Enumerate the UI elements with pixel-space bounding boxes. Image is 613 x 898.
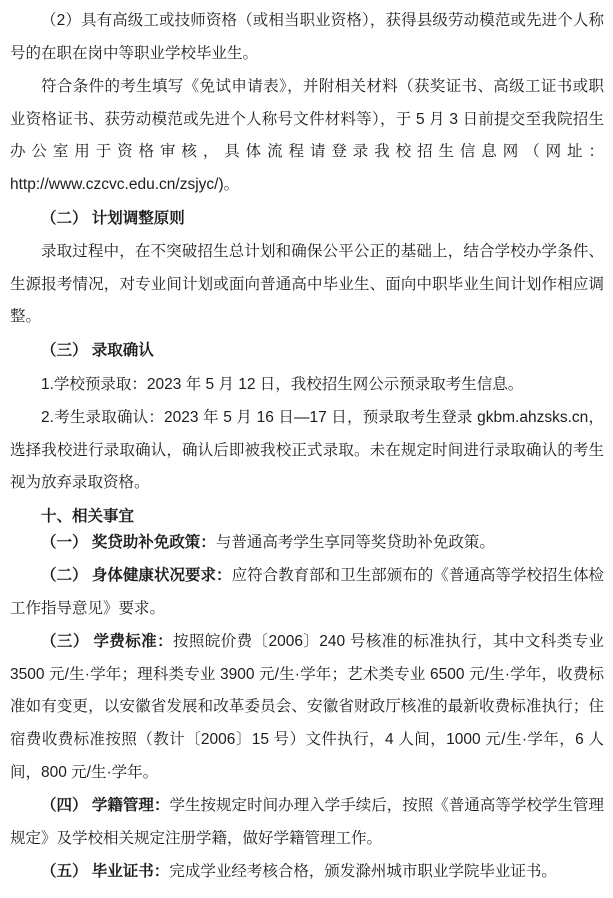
bold-run-text: （一） 奖贷助补免政策：: [41, 534, 216, 551]
run-text: 与普通高考学生享同等奖贷助补免政策。: [216, 534, 495, 551]
bold-run-text: （五） 毕业证书：: [41, 863, 169, 880]
paragraph: （一） 奖贷助补免政策：与普通高考学生享同等奖贷助补免政策。: [10, 527, 604, 560]
bold-run-text: （二） 身体健康状况要求：: [41, 567, 232, 584]
url-text: gkbm.ahzsks.cn: [477, 409, 588, 426]
paragraph: 2.考生录取确认：2023 年 5 月 16 日—17 日，预录取考生登录 gk…: [10, 402, 604, 500]
paragraph: 符合条件的考生填写《免试申请表》，并附相关材料（获奖证书、高级工证书或职业资格证…: [10, 71, 604, 201]
bold-run-text: （三） 录取确认: [41, 342, 154, 359]
run-text: 1.学校预录取：2023 年 5 月 12 日，我校招生网公示预录取考生信息。: [41, 376, 523, 393]
run-text: 录取过程中，在不突破招生总计划和确保公平公正的基础上，结合学校办学条件、生源报考…: [10, 243, 604, 325]
bold-run-text: （二） 计划调整原则: [41, 210, 185, 227]
run-text: 按照皖价费〔2006〕240 号核准的标准执行，其中文科类专业 3500 元/生…: [10, 633, 604, 780]
run-text: （2）具有高级工或技师资格（或相当职业资格），获得县级劳动模范或先进个人称号的在…: [10, 12, 604, 62]
paragraph: （四） 学籍管理：学生按规定时间办理入学手续后，按照《普通高等学校学生管理规定》…: [10, 790, 604, 855]
bold-run-text: （四） 学籍管理：: [41, 797, 169, 814]
run-text: 符合条件的考生填写《免试申请表》，并附相关材料（获奖证书、高级工证书或职业资格证…: [10, 78, 604, 160]
document-page: （2）具有高级工或技师资格（或相当职业资格），获得县级劳动模范或先进个人称号的在…: [0, 0, 613, 898]
run-text: 。: [224, 176, 240, 193]
url-text: http://www.czcvc.edu.cn/zsjyc/): [10, 176, 224, 193]
bold-run-text: 十、相关事宜: [41, 508, 134, 525]
section-heading: （三） 录取确认: [10, 335, 604, 368]
paragraph: （三） 学费标准：按照皖价费〔2006〕240 号核准的标准执行，其中文科类专业…: [10, 626, 604, 789]
bold-run-text: （三） 学费标准：: [41, 633, 173, 650]
run-text: 完成学业经考核合格，颁发滁州城市职业学院毕业证书。: [169, 863, 557, 880]
paragraph: （二） 身体健康状况要求：应符合教育部和卫生部颁布的《普通高等学校招生体检工作指…: [10, 560, 604, 625]
section-heading: （二） 计划调整原则: [10, 203, 604, 236]
run-text: 2.考生录取确认：2023 年 5 月 16 日—17 日，预录取考生登录: [41, 409, 477, 426]
paragraph: （五） 毕业证书：完成学业经考核合格，颁发滁州城市职业学院毕业证书。: [10, 856, 604, 889]
paragraph-list: （2）具有高级工或技师资格（或相当职业资格），获得县级劳动模范或先进个人称号的在…: [10, 5, 604, 889]
paragraph: （2）具有高级工或技师资格（或相当职业资格），获得县级劳动模范或先进个人称号的在…: [10, 5, 604, 70]
paragraph: 1.学校预录取：2023 年 5 月 12 日，我校招生网公示预录取考生信息。: [10, 369, 604, 402]
paragraph: 录取过程中，在不突破招生总计划和确保公平公正的基础上，结合学校办学条件、生源报考…: [10, 236, 604, 334]
